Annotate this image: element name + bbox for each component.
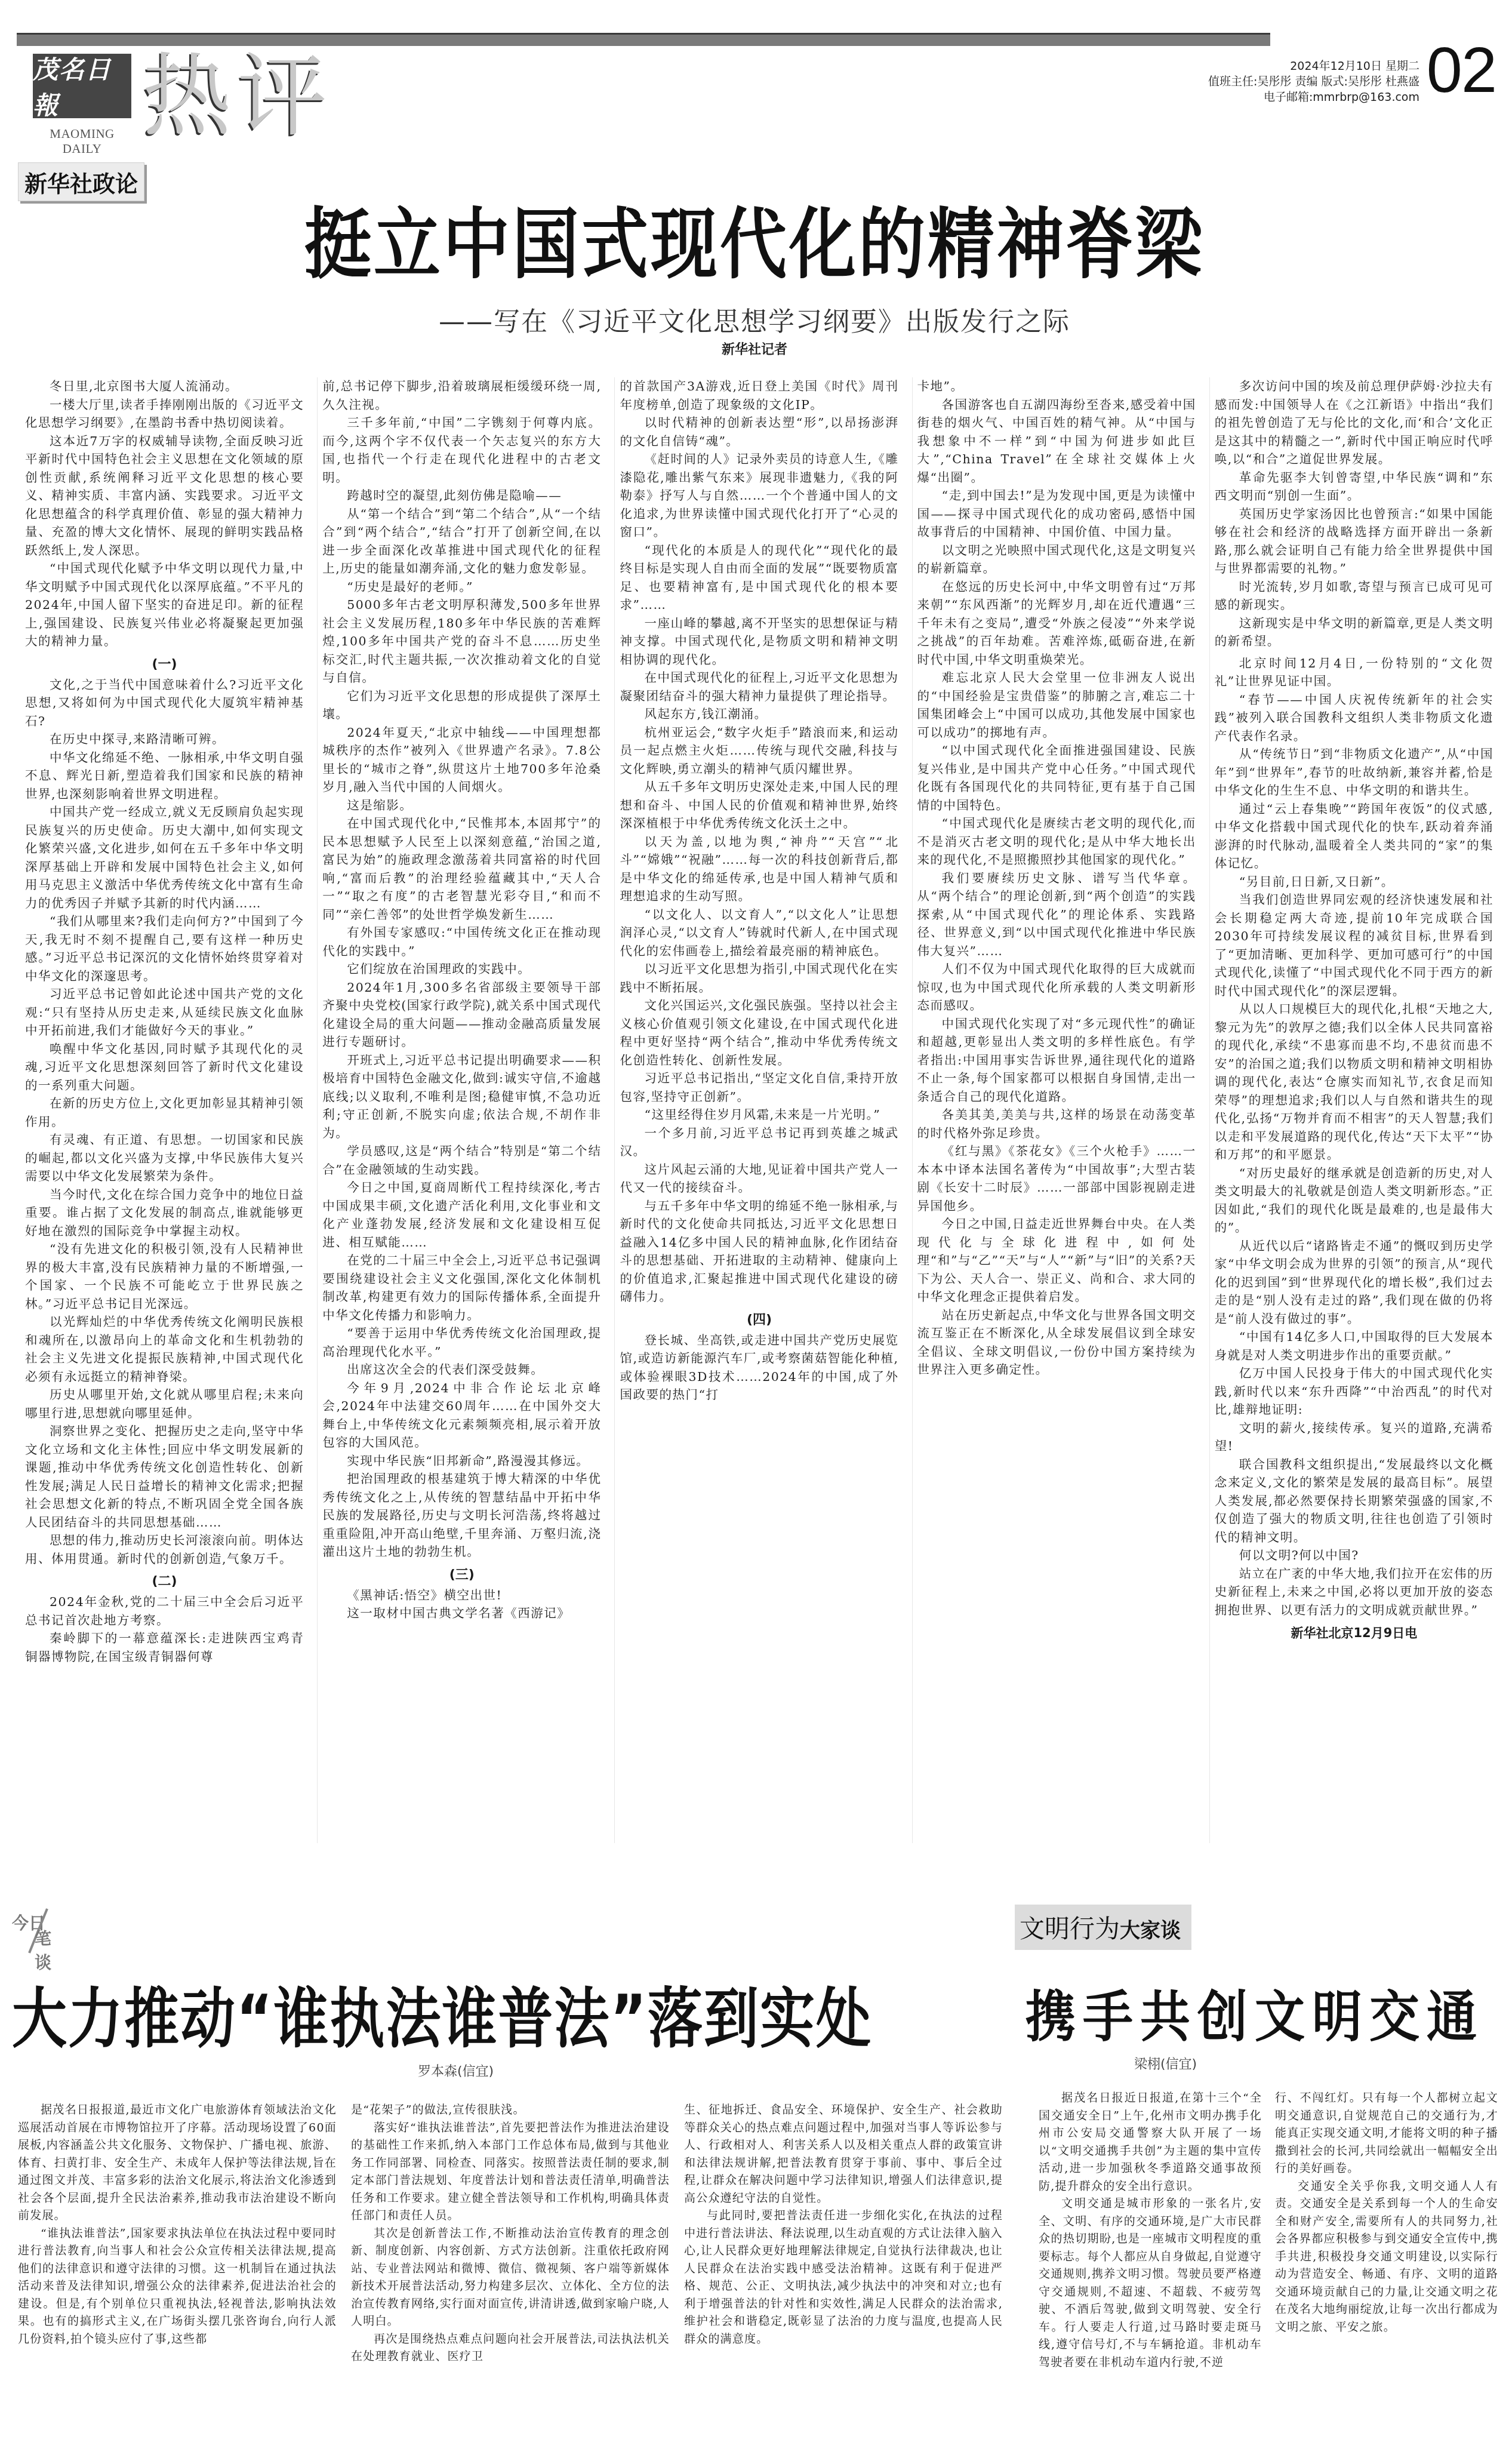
tag-sub: 大家谈 [1120,1919,1181,1943]
column-tag-civility: 文明行为大家谈 [1015,1905,1191,1950]
article-column: 前,总书记停下脚步,沿着玻璃展柜缓缓环绕一周,久久注视。三千多年前,“中国”二字… [317,377,601,1843]
paragraph: “以文化人、以文育人”,“以文化人”让思想润泽心灵,“以文育人”铸就时代新人,在… [620,906,898,961]
paragraph: 中华文化绵延不绝、一脉相承,中华文明自强不息、辉光日新,塑造着我们国家和民族的精… [25,749,304,804]
paragraph: 这片风起云涌的大地,见证着中国共产党人一代又一代的接续奋斗。 [620,1161,898,1197]
article-column: 据茂名日报报道,最近市文化广电旅游体育领域法治文化巡展活动首展在市博物馆拉开了序… [18,2102,337,2412]
paragraph: 实现中华民族“旧邦新命”,路漫漫其修远。 [322,1452,601,1471]
paragraph: 习近平总书记曾如此论述中国共产党的文化观:“只有坚持从历史走来,从延续民族文化血… [25,985,304,1040]
paragraph: 英国历史学家汤因比也曾预言:“如果中国能够在社会和经济的战略选择方面开辟出一条新… [1215,505,1493,578]
paragraph: 多次访问中国的埃及前总理伊萨姆·沙拉夫有感而发:中国领导人在《之江新语》中指出“… [1215,377,1493,469]
paragraph: 以时代精神的创新表达塑“形”,以昂扬澎湃的文化自信铸“魂”。 [620,414,898,450]
paragraph: 在中国式现代化中,“民惟邦本,本固邦宁”的民本思想赋予人民至上以深刻意蕴,“治国… [322,814,601,924]
article-column: 冬日里,北京图书大厦人流涌动。一楼大厅里,读者手捧刚刚出版的《习近平文化思想学习… [25,377,304,1843]
paragraph: “春节——中国人庆祝传统新年的社会实践”被列入联合国教科文组织人类非物质文化遗产… [1215,691,1493,746]
header-meta: 2024年12月10日 星期二 值班主任:吴彤彤 责编 版式:吴彤彤 杜燕盛 电… [1208,59,1419,105]
paragraph: 文化,之于当代中国意味着什么?习近平文化思想,又将如何为中国式现代化大厦筑牢精神… [25,676,304,731]
paragraph: 从“传统节日”到“非物质文化遗产”,从“中国年”到“世界年”,春节的吐故纳新,兼… [1215,745,1493,800]
paragraph: 从“第一个结合”到“第二个结合”,从“一个结合”到“两个结合”,“结合”打开了创… [322,505,601,578]
paragraph: 登长城、坐高铁,或走进中国共产党历史展览馆,或造访新能源汽车厂,或考察菌菇智能化… [620,1331,898,1404]
paragraph: 风起东方,钱江潮涌。 [620,705,898,724]
paragraph: 5000多年古老文明厚积薄发,500多年世界社会主义发展历程,180多年中华民族… [322,596,601,687]
paragraph: 从以人口规模巨大的现代化,扎根“天地之大,黎元为先”的敦厚之德;我们以全体人民共… [1215,1000,1493,1164]
paragraph: 在党的二十届三中全会上,习近平总书记强调要围绕建设社会主义文化强国,深化文化体制… [322,1251,601,1324]
paragraph: “中国式现代化是赓续古老文明的现代化,而不是消灭古老文明的现代化;是从中华大地长… [917,814,1196,869]
paragraph: 一楼大厅里,读者手捧刚刚出版的《习近平文化思想学习纲要》,在墨韵书香中热切阅读着… [25,396,304,432]
paragraph: 是“花架子”的做法,宣传很肤浅。 [351,2102,670,2120]
paragraph: 在悠远的历史长河中,中华文明曾有过“万邦来朝”“东风西渐”的光辉岁月,却在近代遭… [917,578,1196,669]
article-headline-traffic: 携手共创文明交通 [1025,1981,1484,2053]
paragraph: “现代化的本质是人的现代化”“现代化的最终目标是实现人自由而全面的发展”“既要物… [620,542,898,614]
paragraph: 有外国专家感叹:“中国传统文化正在推动现代化的实践中。” [322,924,601,960]
paragraph: 有灵魂、有正道、有思想。一切国家和民族的崛起,都以文化兴盛为支撑,中华民族伟大复… [25,1131,304,1186]
article-column: 生、征地拆迁、食品安全、环境保护、安全生产、社会救助等群众关心的热点难点问题过程… [684,2102,1003,2412]
paragraph: 《黑神话:悟空》横空出世! [322,1586,601,1605]
article-byline-traffic: 梁栩(信宜) [1134,2054,1197,2072]
paragraph: 以光辉灿烂的中华优秀传统文化阐明民族根和魂所在,以激昂向上的革命文化和生机勃勃的… [25,1313,304,1386]
paragraph: 以习近平文化思想为指引,中国式现代化在实践中不断拓展。 [620,960,898,996]
article-column: 行、不闯红灯。只有每一个人都树立起文明交通意识,自觉规范自己的交通行为,才能真正… [1275,2090,1498,2424]
paragraph: 生、征地拆迁、食品安全、环境保护、安全生产、社会救助等群众关心的热点难点问题过程… [684,2102,1003,2207]
paragraph: 其次是创新普法工作,不断推动法治宣传教育的理念创新、制度创新、内容创新、方式方法… [351,2225,670,2331]
paragraph: 在中国式现代化的征程上,习近平文化思想为凝聚团结奋斗的强大精神力量提供了理论指导… [620,669,898,705]
paragraph: 它们为习近平文化思想的形成提供了深厚土壤。 [322,687,601,724]
paragraph: 据茂名日报近日报道,在第十三个“全国交通安全日”上午,化州市文明办携手化州市公安… [1039,2090,1262,2195]
main-byline: 新华社记者 [0,339,1509,358]
paragraph: 各美其美,美美与共,这样的场景在动荡变革的时代格外弥足珍贵。 [917,1106,1196,1142]
traffic-article-body: 据茂名日报近日报道,在第十三个“全国交通安全日”上午,化州市文明办携手化州市公安… [1039,2090,1498,2424]
section-marker: (四) [620,1310,898,1330]
paragraph: 的首款国产3A游戏,近日登上美国《时代》周刊年度榜单,创造了现象级的文化IP。 [620,377,898,414]
paragraph: 在历史中探寻,来路清晰可辨。 [25,730,304,749]
paragraph: 难忘北京人民大会堂里一位非洲友人说出的“中国经验是宝贵借鉴”的肺腑之言,难忘二十… [917,669,1196,742]
paragraph: 革命先驱李大钊曾寄望,中华民族“调和”东西文明而“别创一生面”。 [1215,469,1493,505]
paragraph: 中国共产党一经成立,就义无反顾肩负起实现民族复兴的历史使命。历史大潮中,如何实现… [25,803,304,912]
paragraph: “中国有14亿多人口,中国取得的巨大发展本身就是对人类文明进步作出的重要贡献。” [1215,1328,1493,1364]
paragraph: 再次是围绕热点难点问题向社会开展普法,司法执法机关在处理教育就业、医疗卫 [351,2331,670,2366]
article-column: 据茂名日报近日报道,在第十三个“全国交通安全日”上午,化州市文明办携手化州市公安… [1039,2090,1262,2424]
section-marker: (一) [25,654,304,675]
paragraph: 何以文明?何以中国? [1215,1546,1493,1565]
masthead-rule [17,33,1270,46]
paragraph: 三千多年前,“中国”二字镌刻于何尊内底。而今,这两个字不仅代表一个矢志复兴的东方… [322,414,601,487]
main-article-body: 冬日里,北京图书大厦人流涌动。一楼大厅里,读者手捧刚刚出版的《习近平文化思想学习… [25,377,1493,1843]
logo-text: 茂名日報 [33,50,131,122]
paragraph: 站在历史新起点,中华文化与世界各国文明交流互鉴正在不断深化,从全球发展倡议到全球… [917,1306,1196,1379]
paragraph: “没有先进文化的积极引领,没有人民精神世界的极大丰富,没有民族精神力量的不断增强… [25,1240,304,1313]
paragraph: “中国式现代化赋予中华文明以现代力量,中华文明赋予中国式现代化以深厚底蕴。”不平… [25,559,304,651]
paragraph: 这新现实是中华文明的新篇章,更是人类文明的新希望。 [1215,614,1493,651]
logo-english: MAOMING DAILY [33,127,131,156]
article-headline-law: 大力推动“谁执法谁普法”落到实处 [12,1981,1015,2059]
paragraph: 我们要赓续历史文脉、谱写当代华章。从“两个结合”的理论创新,到“两个创造”的实践… [917,869,1196,961]
page-number: 02 [1427,37,1496,103]
contact-email: 电子邮箱:mmrbrp@163.com [1208,90,1419,105]
paragraph: 以文明之光映照中国式现代化,这是文明复兴的崭新篇章。 [917,542,1196,578]
main-subheadline: ——写在《习近平文化思想学习纲要》出版发行之际 [0,300,1509,339]
paragraph: 当今时代,文化在综合国力竞争中的地位日益重要。谁占据了文化发展的制高点,谁就能够… [25,1186,304,1241]
article-byline-law: 罗本森(信宜) [418,2061,494,2080]
paragraph: 今日之中国,日益走近世界舞台中央。在人类现代化与全球化进程中,如何处理“和”与“… [917,1215,1196,1306]
paragraph: 一座山峰的攀越,离不开坚实的思想保证与精神支撑。中国式现代化,是物质文明和精神文… [620,614,898,669]
paragraph: 2024年夏天,“北京中轴线——中国理想都城秩序的杰作”被列入《世界遗产名录》。… [322,724,601,796]
paragraph: “对历史最好的继承就是创造新的历史,对人类文明最大的礼敬就是创造人类文明新形态。… [1215,1164,1493,1237]
paragraph: 落实好“谁执法谁普法”,首先要把普法作为推进法治建设的基础性工作来抓,纳入本部门… [351,2120,670,2225]
paragraph: 文明交通是城市形象的一张名片,安全、文明、有序的交通环境,是广大市民群众的热切期… [1039,2195,1262,2371]
paragraph: 各国游客也自五湖四海纷至沓来,感受着中国街巷的烟火气、中国百姓的精气神。从“中国… [917,396,1196,487]
paragraph: 这是缩影。 [322,796,601,815]
paragraph: 联合国教科文组织提出,“发展最终以文化概念来定义,文化的繁荣是发展的最高目标”。… [1215,1456,1493,1547]
paragraph: “另目前,日日新,又日新”。 [1215,873,1493,891]
article-column: 的首款国产3A游戏,近日登上美国《时代》周刊年度榜单,创造了现象级的文化IP。以… [614,377,898,1843]
paragraph: 据茂名日报报道,最近市文化广电旅游体育领域法治文化巡展活动首展在市博物馆拉开了序… [18,2102,337,2225]
paragraph: 以天为盖,以地为舆,“神舟”“天宫”“北斗”“嫦娥”“祝融”……每一次的科技创新… [620,833,898,906]
paragraph: “以中国式现代化全面推进强国建设、民族复兴伟业,是中国共产党中心任务。”中国式现… [917,742,1196,814]
page-section-title: 热评 [142,49,333,144]
paragraph: 开班式上,习近平总书记提出明确要求——积极培育中国特色金融文化,做到:诚实守信,… [322,1051,601,1143]
paragraph: 《红与黑》《茶花女》《三个火枪手》……一本本中译本法国名著传为“中国故事”;大型… [917,1142,1196,1215]
paragraph: 秦岭脚下的一幕意蕴深长:走进陕西宝鸡青铜器博物院,在国宝级青铜器何尊 [25,1629,304,1666]
newspaper-logo: 茂名日報 [33,54,131,118]
paragraph: 历史从哪里开始,文化就从哪里启程;未来向哪里行进,思想就向哪里延伸。 [25,1386,304,1422]
staff-credits: 值班主任:吴彤彤 责编 版式:吴彤彤 杜燕盛 [1208,74,1419,90]
article-column: 多次访问中国的埃及前总理伊萨姆·沙拉夫有感而发:中国领导人在《之江新语》中指出“… [1209,377,1493,1843]
article-column: 卡地”。各国游客也自五湖四海纷至沓来,感受着中国街巷的烟火气、中国百姓的精气神。… [912,377,1196,1843]
paragraph: 出席这次全会的代表们深受鼓舞。 [322,1361,601,1379]
section-marker: (三) [322,1565,601,1585]
main-headline: 挺立中国式现代化的精神脊梁 [0,200,1509,290]
paragraph: “我们从哪里来?我们走向何方?”中国到了今天,我无时不刻不提醒自己,要有这样一种… [25,912,304,985]
paragraph: 亿万中国人民投身于伟大的中国式现代化实践,新时代以来“东升西降”“中治西乱”的时… [1215,1364,1493,1419]
paragraph: 这本近7万字的权威辅导读物,全面反映习近平新时代中国特色社会主义思想在文化领域的… [25,432,304,560]
paragraph: 今日之中国,夏商周断代工程持续深化,考古中国成果丰硕,文化遗产活化利用,文化事业… [322,1179,601,1251]
paragraph: 杭州亚运会,“数字火炬手”踏浪而来,和运动员一起点燃主火炬……传统与现代交融,科… [620,724,898,779]
article-dateline: 新华社北京12月9日电 [1215,1622,1493,1644]
paragraph: 跨越时空的凝望,此刻仿佛是隐喻—— [322,487,601,505]
paragraph: 行、不闯红灯。只有每一个人都树立起文明交通意识,自觉规范自己的交通行为,才能真正… [1275,2090,1498,2178]
paragraph: 通过“云上春集晚”“跨国年夜饭”的仪式感,中华文化搭载中国式现代化的快车,跃动着… [1215,800,1493,873]
paragraph: 与此同时,要把普法责任进一步细化实化,在执法的过程中进行普法讲法、释法说理,以生… [684,2207,1003,2348]
paragraph: “要善于运用中华优秀传统文化治国理政,提高治理现代化水平。” [322,1324,601,1361]
paragraph: 时光流转,岁月如歌,寄望与预言已成可见可感的新现实。 [1215,578,1493,614]
column-tag-today-essay: 今日 笔谈 [12,1911,66,1958]
paragraph: 当我们创造世界同宏观的经济快速发展和社会长期稳定两大奇迹,提前10年完成联合国2… [1215,891,1493,1000]
paragraph: 唤醒中华文化基因,同时赋予其现代化的灵魂,习近平文化思想深刻回答了新时代文化建设… [25,1040,304,1095]
paragraph: 它们绽放在治国理政的实践中。 [322,960,601,979]
paragraph: 思想的伟力,推动历史长河滚滚向前。明体达用、体用贯通。新时代的创新创造,气象万千… [25,1531,304,1568]
section-marker: (二) [25,1571,304,1592]
paragraph: 前,总书记停下脚步,沿着玻璃展柜缓缓环绕一周,久久注视。 [322,377,601,414]
paragraph: 今年9月,2024中非合作论坛北京峰会,2024年中法建交60周年……在中国外交… [322,1379,601,1452]
paragraph: 文化兴国运兴,文化强民族强。坚持以社会主义核心价值观引领文化建设,在中国式现代化… [620,996,898,1069]
article-column: 是“花架子”的做法,宣传很肤浅。落实好“谁执法谁普法”,首先要把普法作为推进法治… [351,2102,670,2412]
paragraph: 中国式现代化实现了对“多元现代性”的确证和超越,更彰显出人类文明的多样性底色。有… [917,1015,1196,1106]
paragraph: 学员感叹,这是“两个结合”特别是“第二个结合”在金融领域的生动实践。 [322,1142,601,1179]
column-tag-xinhua-commentary: 新华社政论 [18,162,144,201]
paragraph: 人们不仅为中国式现代化取得的巨大成就而惊叹,也为中国式现代化所承载的人类文明新形… [917,960,1196,1015]
paragraph: 从五千多年文明历史深处走来,中国人民的理想和奋斗、中国人民的价值观和精神世界,始… [620,778,898,833]
paragraph: 从近代以后“诸路皆走不通”的慨叹到历史学家“中华文明会成为世界的引领”的预言,从… [1215,1237,1493,1328]
paragraph: 习近平总书记指出,“坚定文化自信,秉持开放包容,坚持守正创新”。 [620,1069,898,1106]
paragraph: 2024年金秋,党的二十届三中全会后习近平总书记首次赴地方考察。 [25,1593,304,1629]
paragraph: 北京时间12月4日,一份特别的“文化贺礼”让世界见证中国。 [1215,654,1493,691]
paragraph: 把治国理政的根基建筑于博大精深的中华优秀传统文化之上,从传统的智慧结晶中开拓中华… [322,1470,601,1561]
issue-date: 2024年12月10日 星期二 [1208,59,1419,74]
paragraph: “历史是最好的老师。” [322,578,601,596]
paragraph: 冬日里,北京图书大厦人流涌动。 [25,377,304,396]
paragraph: 在新的历史方位上,文化更加彰显其精神引领作用。 [25,1094,304,1131]
paragraph: “这里经得住岁月风霜,未来是一片光明。” [620,1106,898,1124]
paragraph: “走,到中国去!”是为发现中国,更是为读懂中国——探寻中国式现代化的成功密码,感… [917,487,1196,542]
paragraph: 与五千多年中华文明的绵延不绝一脉相承,与新时代的文化使命共同抵达,习近平文化思想… [620,1197,898,1306]
paragraph: 站立在广袤的中华大地,我们拉开在宏伟的历史新征程上,未来之中国,必将以更加开放的… [1215,1565,1493,1620]
paragraph: 洞察世界之变化、把握历史之走向,坚守中华文化立场和文化主体性;回应中华文明发展新… [25,1422,304,1531]
paragraph: 交通安全关乎你我,文明交通人人有责。交通安全是关系到每一个人的生命安全和财产安全… [1275,2178,1498,2337]
paragraph: 这一取材中国古典文学名著《西游记》 [322,1604,601,1623]
law-article-body: 据茂名日报报道,最近市文化广电旅游体育领域法治文化巡展活动首展在市博物馆拉开了序… [18,2102,1003,2412]
paragraph: 文明的薪火,接续传承。复兴的道路,充满希望! [1215,1419,1493,1456]
paragraph: 《赶时间的人》记录外卖员的诗意人生,《雕漆隐花,雕出紫气东来》展现非遗魅力,《我… [620,450,898,542]
paragraph: “谁执法谁普法”,国家要求执法单位在执法过程中要同时进行普法教育,向当事人和社会… [18,2225,337,2349]
tag-part-essay: 笔谈 [35,1926,66,1974]
paragraph: 卡地”。 [917,377,1196,396]
paragraph: 一个多月前,习近平总书记再到英雄之城武汉。 [620,1124,898,1161]
tag-main: 文明行为 [1020,1914,1120,1943]
paragraph: 2024年1月,300多名省部级主要领导干部齐聚中央党校(国家行政学院),就关系… [322,979,601,1051]
